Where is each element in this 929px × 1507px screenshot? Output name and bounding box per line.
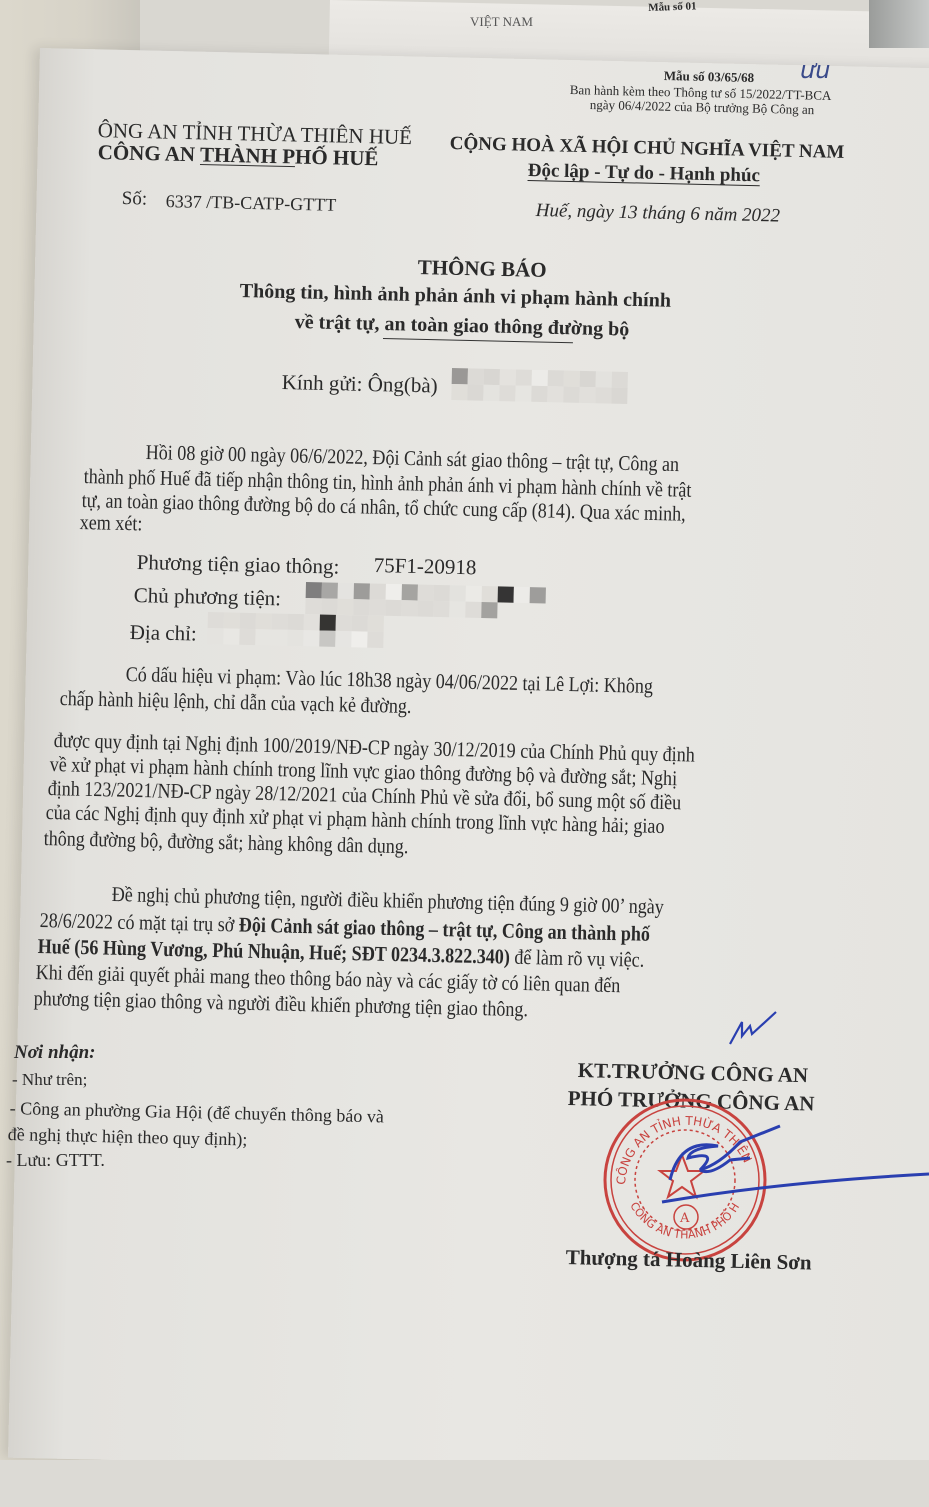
form-number: Mẫu số 03/65/68 bbox=[664, 68, 755, 86]
paper-bottom bbox=[0, 1460, 929, 1507]
address-redacted bbox=[207, 612, 384, 648]
recipients-heading: Nơi nhận: bbox=[14, 1042, 95, 1064]
background-corner bbox=[869, 0, 929, 48]
notice-title: THÔNG BÁO bbox=[417, 255, 546, 283]
owner-label: Chủ phương tiện: bbox=[133, 583, 281, 611]
request-line-2-plain: 28/6/2022 có mặt tại trụ sở bbox=[39, 908, 239, 937]
vehicle-plate: 75F1-20918 bbox=[373, 553, 476, 580]
back-sheet-form-label: Mẫu số 01 bbox=[648, 0, 697, 14]
recipient-label: Kính gửi: Ông(bà) bbox=[281, 370, 438, 399]
signature-line-1: KT.TRƯỞNG CÔNG AN bbox=[577, 1058, 808, 1088]
owner-redacted bbox=[305, 582, 546, 619]
back-sheet-fragment: VIỆT NAM bbox=[470, 14, 533, 30]
initials-mark bbox=[728, 1008, 788, 1048]
intro-line-4: xem xét: bbox=[79, 510, 142, 536]
recipient-item-4: - Lưu: GTTT. bbox=[6, 1150, 105, 1171]
address-label: Địa chỉ: bbox=[129, 620, 197, 647]
svg-text:A: A bbox=[679, 1211, 690, 1226]
doc-number: 6337 /TB-CATP-GTTT bbox=[166, 191, 337, 216]
handwritten-mark: ưu bbox=[800, 56, 830, 84]
vehicle-label: Phương tiện giao thông: bbox=[136, 550, 339, 580]
request-line-3-plain: để làm rõ vụ việc. bbox=[510, 945, 645, 972]
signature bbox=[660, 1120, 929, 1210]
recipient-redacted bbox=[451, 368, 628, 404]
doc-number-label: Số: bbox=[122, 188, 148, 211]
recipient-item-1: - Như trên; bbox=[12, 1070, 87, 1090]
